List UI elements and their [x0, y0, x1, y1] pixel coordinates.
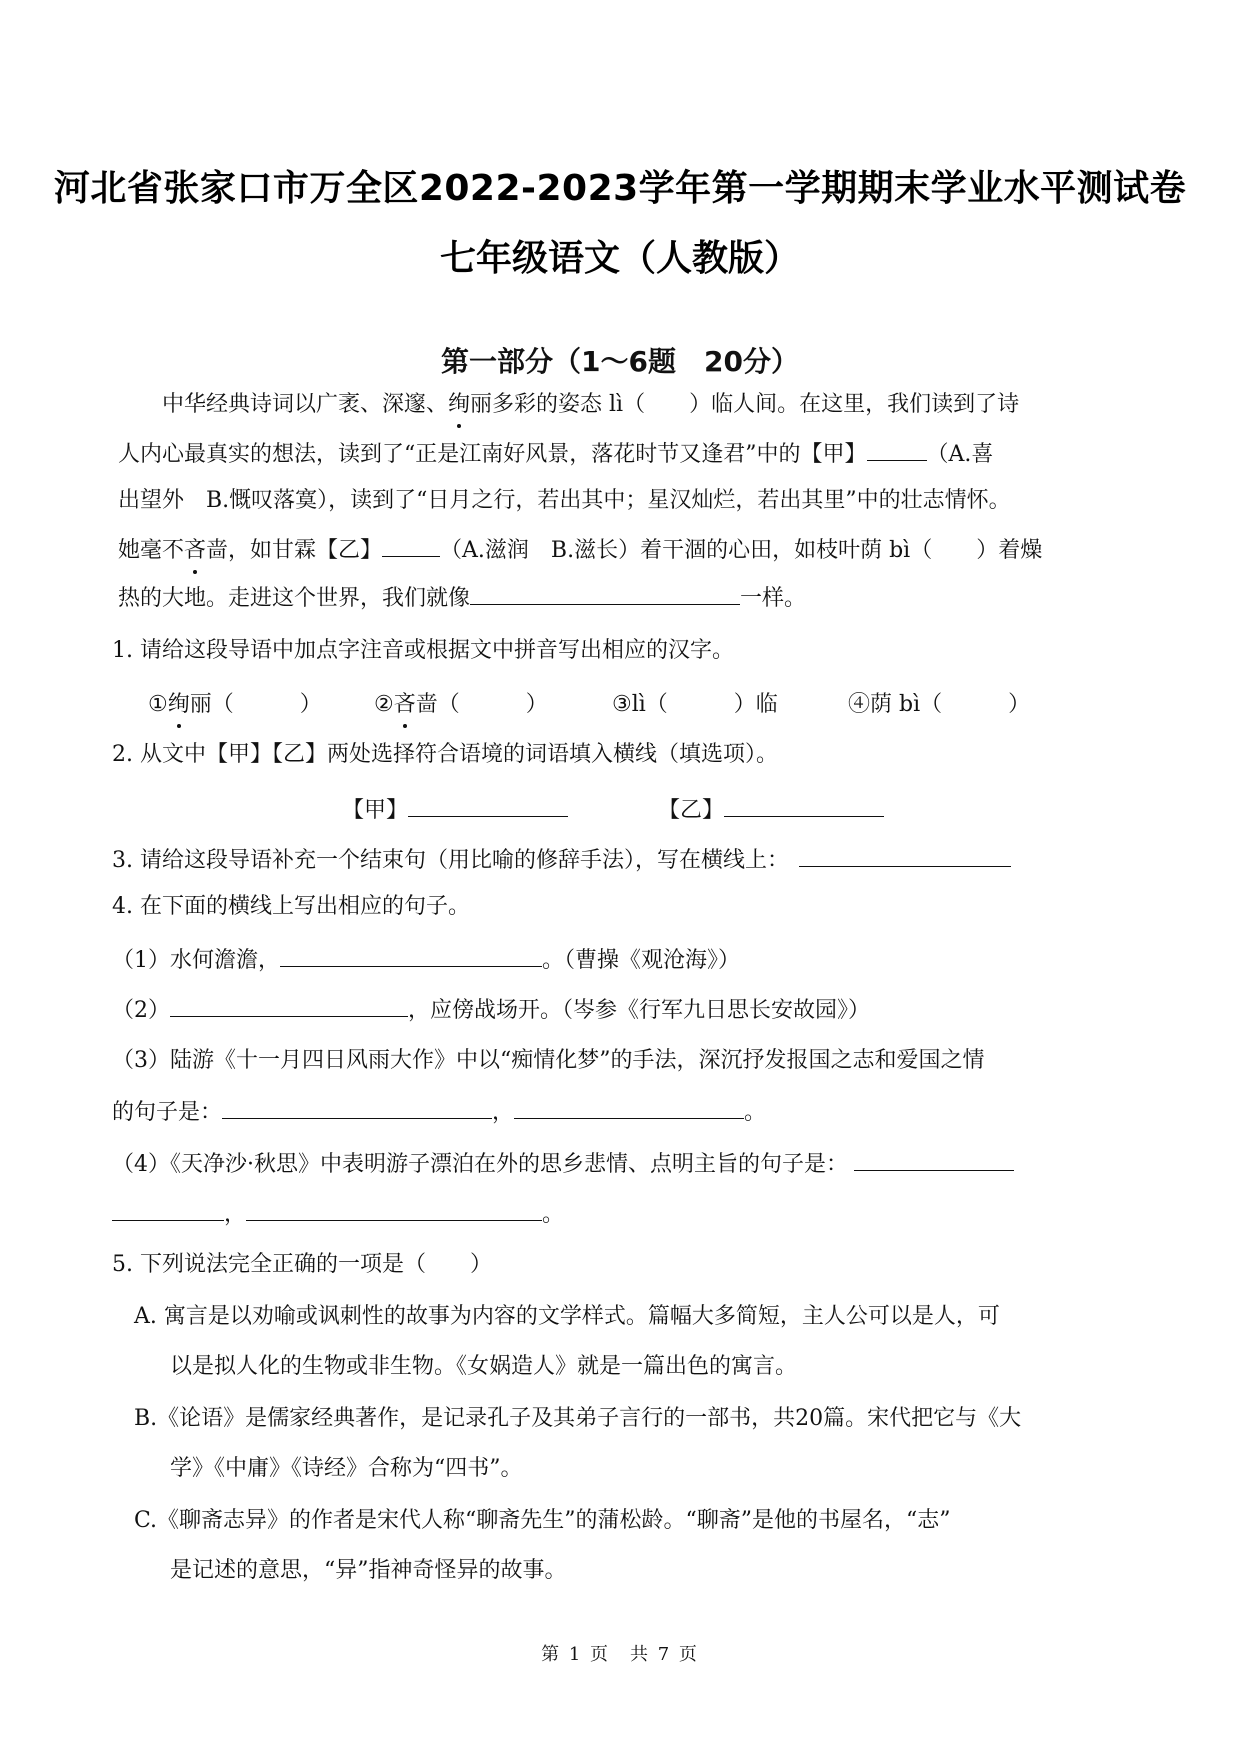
q4-sub-2: （2），应傍战场开。（岑参《行军九日思长安故园》）	[112, 994, 1122, 1026]
answer-q4-4b[interactable]	[246, 1198, 542, 1221]
q1-item-1: ①绚丽（ ）	[148, 690, 374, 720]
answer-q4-1[interactable]	[280, 944, 542, 967]
exam-title: 河北省张家口市万全区2022-2023学年第一学期期末学业水平测试卷	[0, 160, 1240, 211]
passage-text: 中华经典诗词以广袤、深邃、	[118, 392, 448, 417]
answer-q4-3b[interactable]	[514, 1096, 744, 1119]
answer-q4-4a[interactable]	[854, 1148, 1014, 1171]
question-3: 3. 请给这段导语补充一个结束句（用比喻的修辞手法），写在横线上：	[112, 844, 1122, 876]
page-footer: 第 1 页 共 7 页	[0, 1640, 1240, 1666]
q4-sub-1: （1）水何澹澹，。（曹操《观沧海》）	[112, 944, 1122, 976]
dotted-char: 吝	[184, 536, 206, 566]
q4-sub-3-cont: 的句子是：，。	[112, 1096, 1122, 1128]
option-c-line-1: C.《聊斋志异》的作者是宋代人称“聊斋先生”的蒲松龄。“聊斋”是他的书屋名，“志…	[134, 1506, 1144, 1536]
answer-yi[interactable]	[724, 794, 884, 817]
label-jia: 【甲】	[342, 798, 408, 823]
option-c-line-2: 是记述的意思，“异”指神奇怪异的故事。	[170, 1556, 1180, 1586]
blank-yi[interactable]	[382, 534, 440, 557]
q1-item-2: ②吝啬（ ）	[374, 690, 612, 720]
label-yi: 【乙】	[658, 798, 724, 823]
answer-q3[interactable]	[799, 844, 1011, 867]
option-b-line-2: 学》《中庸》《诗经》合称为“四书”。	[170, 1454, 1180, 1484]
option-a-line-2: 以是拟人化的生物或非生物。《女娲造人》就是一篇出色的寓言。	[170, 1352, 1180, 1382]
passage-text: （A.滋润 B.滋长）着干涸的心田，如枝叶荫 bì（ ）着燥	[440, 538, 1042, 563]
passage-line-5: 热的大地。走进这个世界，我们就像一样。	[118, 582, 1128, 614]
q4-sub-4: （4）《天净沙·秋思》中表明游子漂泊在外的思乡悲情、点明主旨的句子是：	[112, 1148, 1122, 1180]
passage-line-4: 她毫不吝啬，如甘霖【乙】（A.滋润 B.滋长）着干涸的心田，如枝叶荫 bì（ ）…	[118, 534, 1128, 566]
passage-line-3: 出望外 B.慨叹落寞），读到了“日月之行，若出其中；星汉灿烂，若出其里”中的壮志…	[118, 486, 1128, 516]
passage-text: 啬，如甘霖【乙】	[206, 538, 382, 563]
passage-line-1: 中华经典诗词以广袤、深邃、绚丽多彩的姿态 lì（ ）临人间。在这里，我们读到了诗	[118, 390, 1128, 420]
passage-text: 丽多彩的姿态 lì（ ）临人间。在这里，我们读到了诗	[470, 392, 1019, 417]
blank-ending[interactable]	[470, 582, 740, 605]
dotted-char: 绚	[448, 390, 470, 420]
passage-text: 人内心最真实的想法，读到了“正是江南好风景，落花时节又逢君”中的【甲】	[118, 442, 867, 467]
q4-sub-4-cont: ，。	[112, 1198, 1122, 1230]
exam-page: 河北省张家口市万全区2022-2023学年第一学期期末学业水平测试卷 七年级语文…	[0, 0, 1240, 1753]
exam-subtitle: 七年级语文（人教版）	[0, 230, 1240, 281]
passage-line-2: 人内心最真实的想法，读到了“正是江南好风景，落花时节又逢君”中的【甲】（A.喜	[118, 438, 1128, 470]
option-b-line-1: B.《论语》是儒家经典著作，是记录孔子及其弟子言行的一部书，共20篇。宋代把它与…	[134, 1404, 1144, 1434]
question-5: 5. 下列说法完全正确的一项是（ ）	[112, 1250, 1122, 1280]
question-2: 2. 从文中【甲】【乙】两处选择符合语境的词语填入横线（填选项）。	[112, 740, 1122, 770]
question-4: 4. 在下面的横线上写出相应的句子。	[112, 892, 1122, 922]
q1-item-3: ③lì（ ）临	[612, 690, 848, 720]
question-1-items: ①绚丽（ ）②吝啬（ ）③lì（ ）临④荫 bì（ ）	[148, 690, 1158, 720]
answer-jia[interactable]	[408, 794, 568, 817]
q1-item-4: ④荫 bì（ ）	[848, 692, 1030, 717]
q4-sub-3: （3）陆游《十一月四日风雨大作》中以“痴情化梦”的手法，深沉抒发报国之志和爱国之…	[112, 1046, 1122, 1076]
passage-text: 她毫不	[118, 538, 184, 563]
section-heading: 第一部分（1～6题 20分）	[0, 340, 1240, 380]
answer-q4-4a-cont[interactable]	[112, 1198, 224, 1221]
blank-jia[interactable]	[867, 438, 927, 461]
option-a-line-1: A. 寓言是以劝喻或讽刺性的故事为内容的文学样式。篇幅大多简短，主人公可以是人，…	[134, 1302, 1144, 1332]
question-1: 1. 请给这段导语中加点字注音或根据文中拼音写出相应的汉字。	[112, 636, 1122, 666]
question-2-answers: 【甲】【乙】	[342, 794, 1240, 826]
answer-q4-3a[interactable]	[222, 1096, 492, 1119]
passage-text: 热的大地。走进这个世界，我们就像	[118, 586, 470, 611]
passage-text: （A.喜	[927, 442, 994, 467]
answer-q4-2[interactable]	[170, 994, 408, 1017]
passage-text: 一样。	[740, 586, 806, 611]
